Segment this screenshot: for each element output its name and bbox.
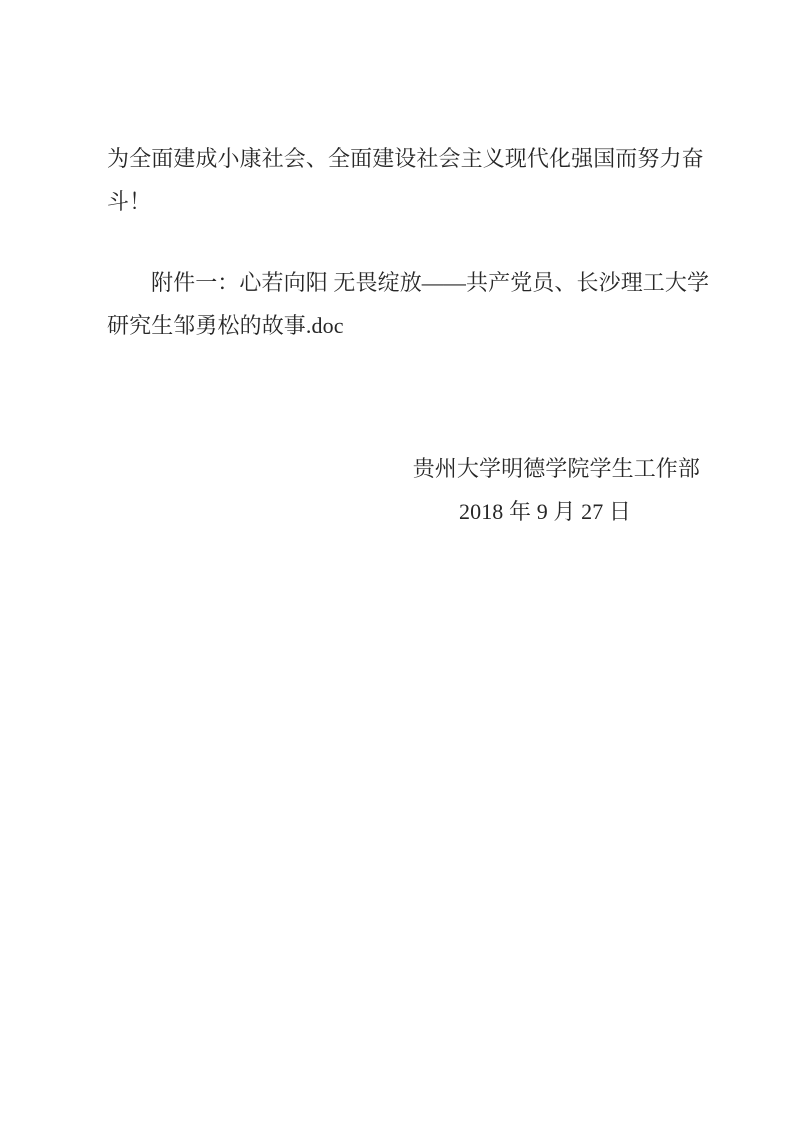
closing-paragraph-line-1: 为全面建成小康社会、全面建设社会主义现代化强国而努力奋 <box>107 144 704 174</box>
attachment-reference-line-2: 研究生邹勇松的故事.doc <box>107 311 344 341</box>
closing-paragraph-line-2: 斗！ <box>107 187 151 217</box>
document-date: 2018 年 9 月 27 日 <box>459 497 631 527</box>
signature-organization: 贵州大学明德学院学生工作部 <box>413 454 700 484</box>
attachment-reference-line-1: 附件一：心若向阳 无畏绽放——共产党员、长沙理工大学 <box>151 268 709 298</box>
document-page: 为全面建成小康社会、全面建设社会主义现代化强国而努力奋 斗！ 附件一：心若向阳 … <box>0 0 793 1122</box>
